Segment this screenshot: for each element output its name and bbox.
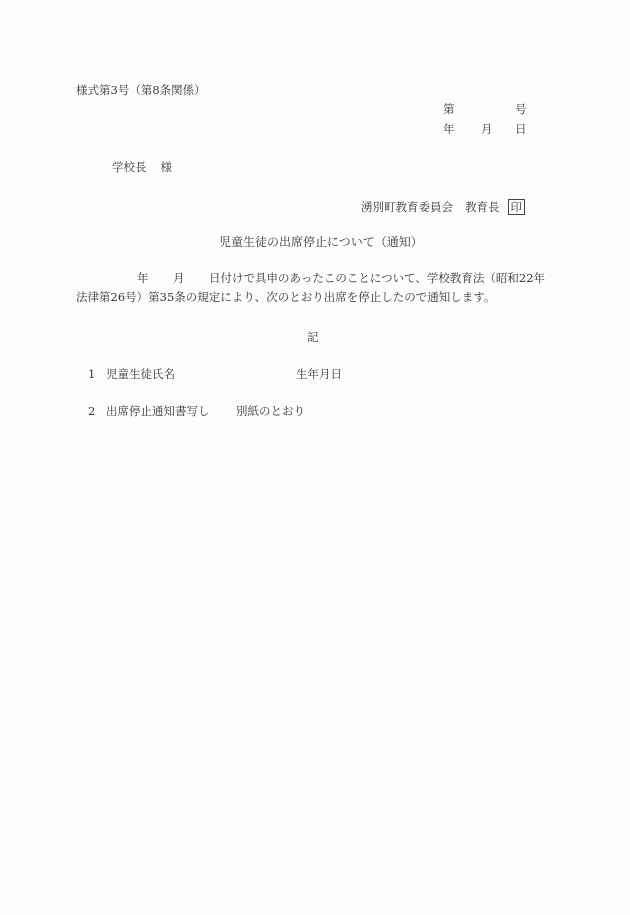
item-number: 1: [88, 367, 95, 381]
body-month: 月: [173, 273, 185, 285]
item-birthdate-label: 生年月日: [296, 369, 342, 381]
body-line-1: 年 月 日付けで具申のあったこのことについて、学校教育法（昭和22年: [137, 273, 149, 285]
seal-mark: 印: [508, 199, 526, 215]
addressee-title: 学校長: [112, 160, 147, 174]
date-month: 月: [481, 124, 493, 136]
document-subject: 児童生徒の出席停止について（通知）: [219, 236, 423, 248]
date-year: 年: [443, 122, 455, 136]
list-item: 2 出席停止通知書写し 別紙のとおり: [88, 406, 95, 418]
body-line-2: 法律第26号）第35条の規定により、次のとおり出席を停止したので通知します。: [76, 292, 495, 304]
form-number: 様式第3号（第8条関係）: [76, 85, 206, 97]
item-label: 児童生徒氏名: [106, 369, 175, 381]
sender: 湧別町教育委員会教育長印: [361, 199, 525, 215]
list-item: 1 児童生徒氏名 生年月日: [88, 369, 95, 381]
body-year: 年: [137, 271, 149, 285]
addressee: 学校長様: [112, 162, 172, 174]
item-label: 出席停止通知書写し: [106, 406, 210, 418]
sender-title: 教育長: [465, 200, 500, 214]
date-day: 日: [515, 124, 527, 136]
document-number-suffix: 号: [515, 104, 527, 116]
document-number-prefix: 第: [443, 102, 455, 116]
item-value: 別紙のとおり: [236, 406, 305, 418]
item-number: 2: [88, 404, 95, 418]
issue-date: 年 月 日: [443, 124, 455, 136]
document-number: 第 号: [443, 104, 455, 116]
ki-heading: 記: [307, 332, 319, 344]
body-line-1-text: 日付けで具申のあったこのことについて、学校教育法（昭和22年: [209, 273, 545, 285]
addressee-honorific: 様: [161, 160, 173, 174]
sender-organization: 湧別町教育委員会: [361, 200, 453, 214]
